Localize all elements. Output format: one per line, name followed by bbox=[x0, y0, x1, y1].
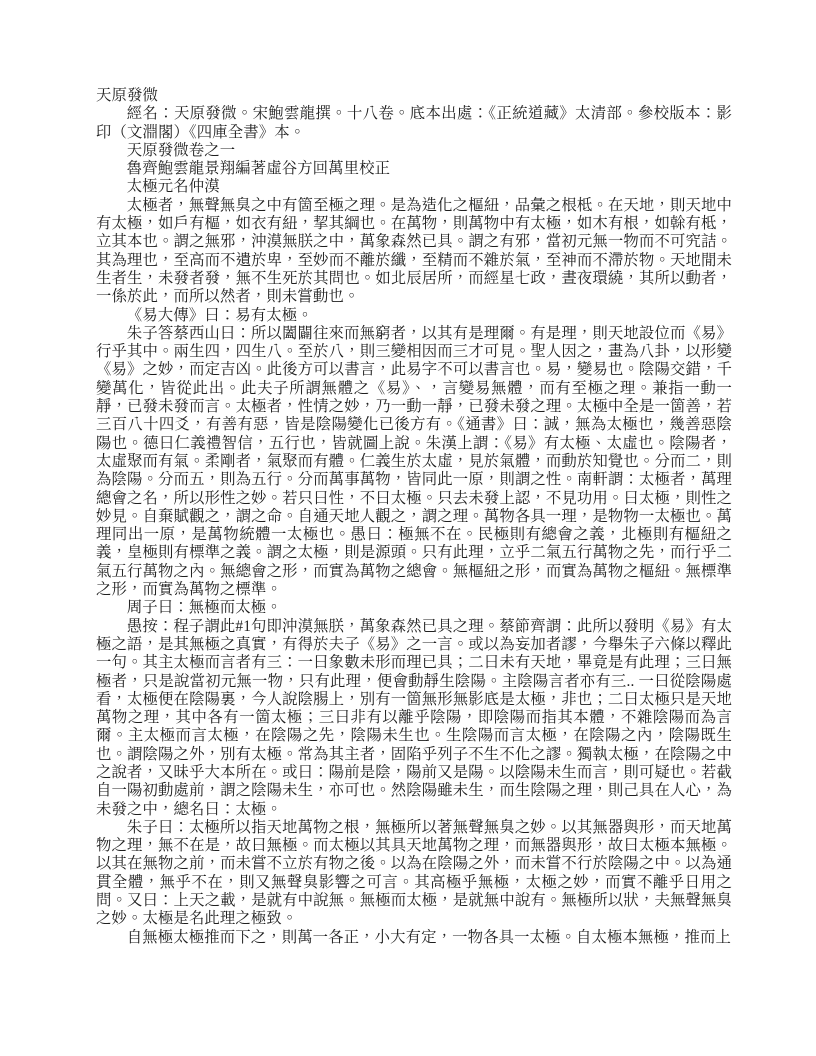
body-paragraph: 《易大傳》曰：易有太極。 bbox=[96, 307, 732, 325]
body-paragraph: 太極者，無聲無臭之中有箇至極之理。是為造化之樞紐，品彙之根柢。在天地，則天地中有… bbox=[96, 197, 732, 307]
body-paragraph: 愚按：程子謂此#1句即沖漠無朕，萬象森然已具之理。蔡節齊謂：此所以發明《易》有太… bbox=[96, 618, 732, 819]
body-paragraph: 朱子答蔡西山曰：所以闔闢往來而無窮者，以其有是理爾。有是理，則天地設位而《易》行… bbox=[96, 325, 732, 599]
document-page: 天原發微經名：天原發微。宋鮑雲龍撰。十八卷。底本出處：《正統道藏》太清部。參校版… bbox=[0, 0, 816, 1056]
author-line: 魯齊鮑雲龍景翔編著虛谷方回萬里校正 bbox=[96, 160, 732, 178]
chapter-title-line: 天原發微卷之一 bbox=[96, 142, 732, 160]
document-text: 天原發微經名：天原發微。宋鮑雲龍撰。十八卷。底本出處：《正統道藏》太清部。參校版… bbox=[96, 87, 732, 947]
body-paragraph: 自無極太極推而下之，則萬一各正，小大有定，一物各具一太極。自太極本無極，推而上 bbox=[96, 929, 732, 947]
doc-title-line: 天原發微 bbox=[96, 87, 732, 105]
section-heading-line: 太極元名仲漠 bbox=[96, 178, 732, 196]
meta-line: 經名：天原發微。宋鮑雲龍撰。十八卷。底本出處：《正統道藏》太清部。參校版本：影印… bbox=[96, 105, 732, 142]
body-paragraph: 朱子曰：太極所以指天地萬物之根，無極所以著無聲無臭之妙。以其無器與形，而天地萬物… bbox=[96, 819, 732, 929]
body-paragraph: 周子曰：無極而太極。 bbox=[96, 599, 732, 617]
